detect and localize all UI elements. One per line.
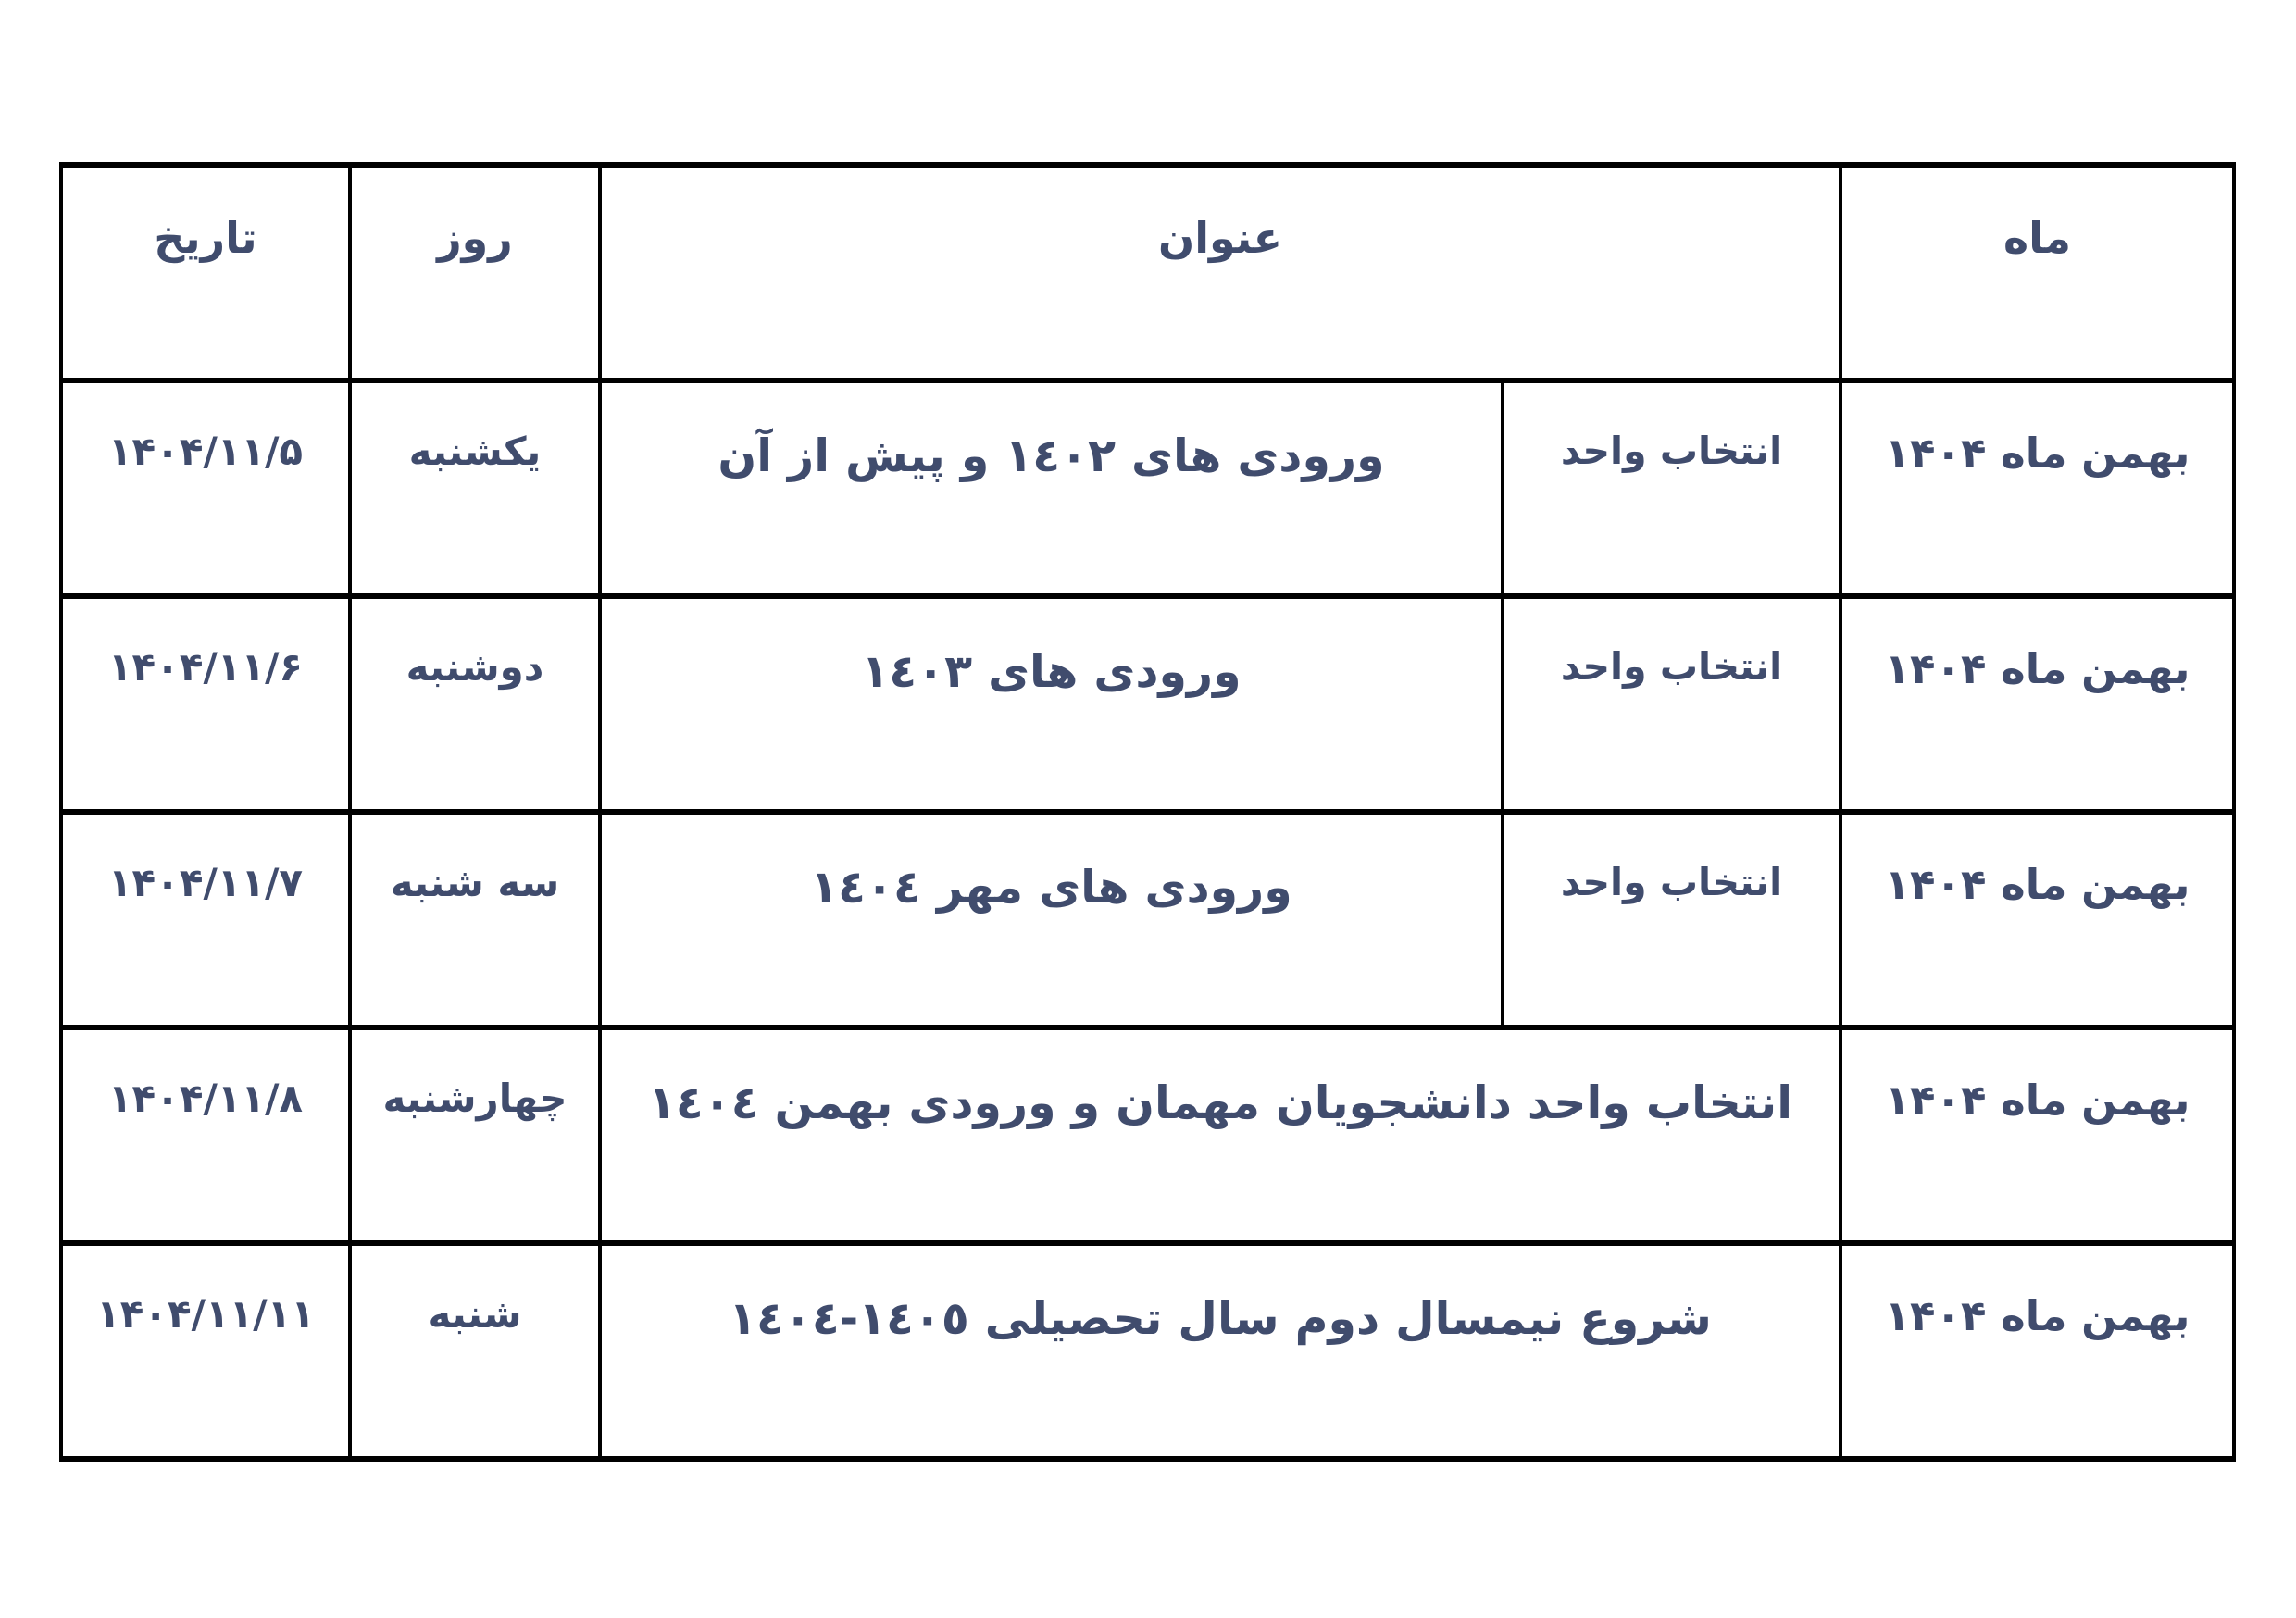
title-cell: ورودی های ١٤٠٢ و پیش از آن bbox=[600, 380, 1503, 596]
page: ماه عنوان روز تاریخ بهمن ماه ۱۴۰۴ انتخاب… bbox=[0, 0, 2296, 1618]
title-cell: ورودی های ١٤٠٣ bbox=[600, 596, 1503, 812]
table-row: بهمن ماه ۱۴۰۴ شروع نیمسال دوم سال تحصیلی… bbox=[61, 1243, 2234, 1459]
title-column-header: عنوان bbox=[600, 165, 1841, 380]
month-cell: بهمن ماه ۱۴۰۴ bbox=[1841, 812, 2234, 1027]
day-column-header: روز bbox=[350, 165, 600, 380]
date-column-header: تاریخ bbox=[61, 165, 350, 380]
title-cell: ورودی های مهر ١٤٠٤ bbox=[600, 812, 1503, 1027]
date-cell: ۱۴۰۴/۱۱/۶ bbox=[61, 596, 350, 812]
month-cell: بهمن ماه ۱۴۰۴ bbox=[1841, 596, 2234, 812]
table-row: بهمن ماه ۱۴۰۴ انتخاب واحد ورودی های ١٤٠٣… bbox=[61, 596, 2234, 812]
day-cell: سه شنبه bbox=[350, 812, 600, 1027]
month-cell: بهمن ماه ۱۴۰۴ bbox=[1841, 1027, 2234, 1243]
table-row: بهمن ماه ۱۴۰۴ انتخاب واحد ورودی های مهر … bbox=[61, 812, 2234, 1027]
day-cell: یکشنبه bbox=[350, 380, 600, 596]
title-cell: انتخاب واحد دانشجویان مهمان و ورودی بهمن… bbox=[600, 1027, 1841, 1243]
tag-cell: انتخاب واحد bbox=[1503, 596, 1841, 812]
date-cell: ۱۴۰۴/۱۱/۵ bbox=[61, 380, 350, 596]
date-cell: ۱۴۰۴/۱۱/۸ bbox=[61, 1027, 350, 1243]
table-row: بهمن ماه ۱۴۰۴ انتخاب واحد ورودی های ١٤٠٢… bbox=[61, 380, 2234, 596]
day-cell: دوشنبه bbox=[350, 596, 600, 812]
header-row: ماه عنوان روز تاریخ bbox=[61, 165, 2234, 380]
date-cell: ۱۴۰۴/۱۱/۱۱ bbox=[61, 1243, 350, 1459]
month-cell: بهمن ماه ۱۴۰۴ bbox=[1841, 1243, 2234, 1459]
month-column-header: ماه bbox=[1841, 165, 2234, 380]
month-cell: بهمن ماه ۱۴۰۴ bbox=[1841, 380, 2234, 596]
date-cell: ۱۴۰۴/۱۱/۷ bbox=[61, 812, 350, 1027]
table-row: بهمن ماه ۱۴۰۴ انتخاب واحد دانشجویان مهما… bbox=[61, 1027, 2234, 1243]
title-cell: شروع نیمسال دوم سال تحصیلی ١٤٠٥-١٤٠٤ bbox=[600, 1243, 1841, 1459]
schedule-table: ماه عنوان روز تاریخ بهمن ماه ۱۴۰۴ انتخاب… bbox=[59, 162, 2236, 1462]
tag-cell: انتخاب واحد bbox=[1503, 812, 1841, 1027]
day-cell: شنبه bbox=[350, 1243, 600, 1459]
tag-cell: انتخاب واحد bbox=[1503, 380, 1841, 596]
day-cell: چهارشنبه bbox=[350, 1027, 600, 1243]
